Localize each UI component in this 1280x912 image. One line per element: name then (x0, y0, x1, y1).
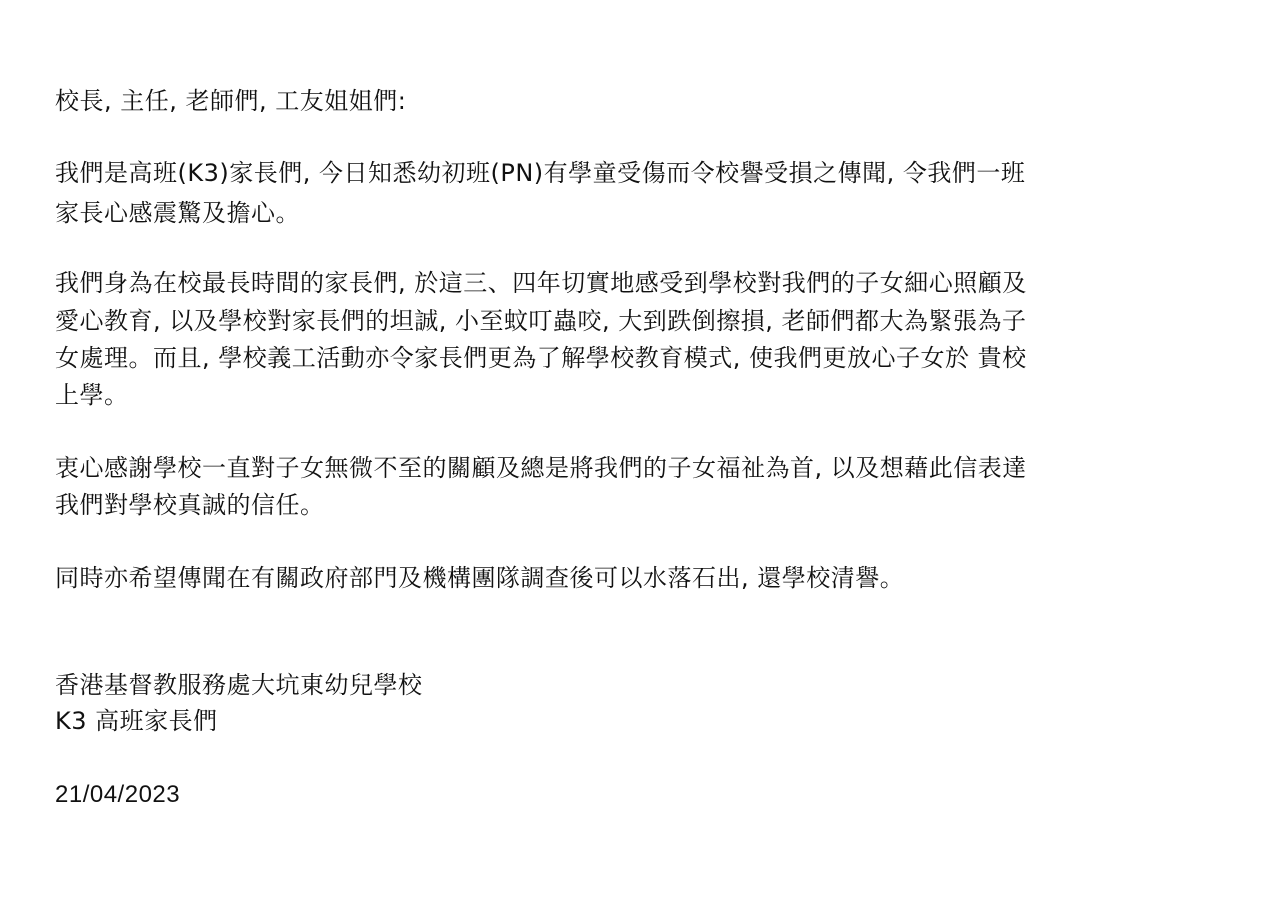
paragraph-line: 女處理。而且, 學校義工活動亦令家長們更為了解學校教育模式, 使我們更放心子女於… (55, 341, 1027, 375)
paragraph-line: 我們身為在校最長時間的家長們, 於這三、四年切實地感受到學校對我們的子女細心照顧… (55, 266, 1027, 300)
paragraph-line: 我們是高班(K3)家長們, 今日知悉幼初班(PN)有學童受傷而令校譽受損之傳聞,… (55, 156, 1025, 190)
letter-date: 21/04/2023 (55, 778, 180, 812)
paragraph-line: 同時亦希望傳聞在有關政府部門及機構團隊調查後可以水落石出, 還學校清譽。 (55, 561, 904, 595)
paragraph-line: 愛心教育, 以及學校對家長們的坦誠, 小至蚊叮蟲咬, 大到跌倒擦損, 老師們都大… (55, 304, 1027, 338)
paragraph-line: 家長心感震驚及擔心。 (55, 196, 300, 230)
paragraph-line: 我們對學校真誠的信任。 (55, 488, 325, 522)
paragraph-line: 衷心感謝學校一直對子女無微不至的關顧及總是將我們的子女福祉為首, 以及想藉此信表… (55, 451, 1027, 485)
signature-school: 香港基督教服務處大坑東幼兒學校 (55, 668, 423, 702)
signature-sender: K3 高班家長們 (55, 704, 218, 738)
paragraph-line: 上學。 (55, 378, 129, 412)
salutation: 校長, 主任, 老師們, 工友姐姐們: (55, 84, 406, 118)
